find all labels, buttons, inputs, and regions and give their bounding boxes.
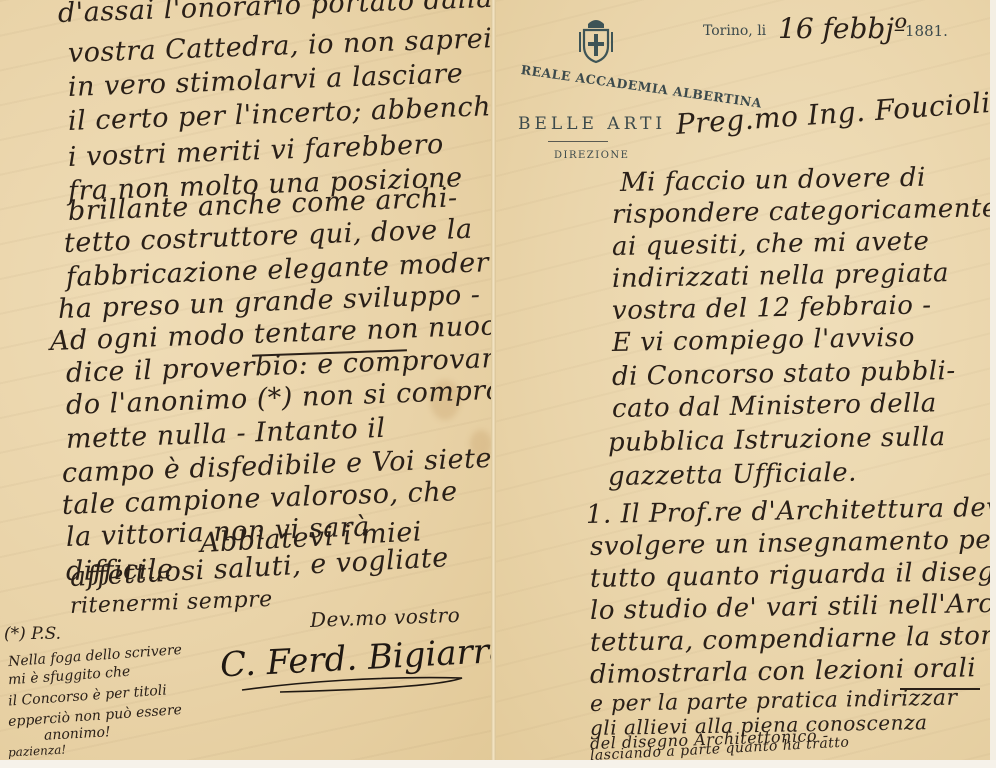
handwritten-line: di Concorso stato pubbli- <box>612 356 956 392</box>
handwritten-date: 16 febbjº <box>778 12 907 45</box>
handwritten-line: cato dal Ministero della <box>612 388 937 424</box>
printed-year: 1881. <box>905 22 948 40</box>
handwritten-line: indirizzati nella pregiata <box>612 258 950 294</box>
handwritten-line: ai quesiti, che mi avete <box>612 226 930 262</box>
postscript-line: pazienza! <box>8 742 67 759</box>
handwritten-line: E vi compiego l'avviso <box>612 323 915 358</box>
postscript-marker: (*) P.S. <box>4 624 61 644</box>
scan-edge <box>990 0 996 768</box>
handwritten-line: pubblica Istruzione sulla <box>608 422 946 458</box>
handwritten-line: vostra del 12 febbraio - <box>612 290 932 326</box>
closing-line: Dev.mo vostro <box>310 603 461 632</box>
printed-place: Torino, li <box>703 23 766 39</box>
letterhead-department: DIREZIONE <box>554 150 629 161</box>
handwritten-line: gazzetta Ufficiale. <box>608 458 857 492</box>
scan-edge <box>0 760 996 768</box>
letterhead-divider <box>548 141 608 142</box>
postscript-line: anonimo! <box>44 724 111 743</box>
handwritten-line: Mi faccio un dovere di <box>620 163 926 198</box>
left-page: d'assai l'onorario portato dalla vostra … <box>0 0 493 768</box>
letter-spread: d'assai l'onorario portato dalla vostra … <box>0 0 996 768</box>
royal-crest-icon <box>576 16 616 66</box>
letterhead-subtitle: BELLE ARTI <box>518 114 666 134</box>
handwritten-line: ritenermi sempre <box>70 587 274 619</box>
signature-flourish-icon <box>240 672 465 694</box>
